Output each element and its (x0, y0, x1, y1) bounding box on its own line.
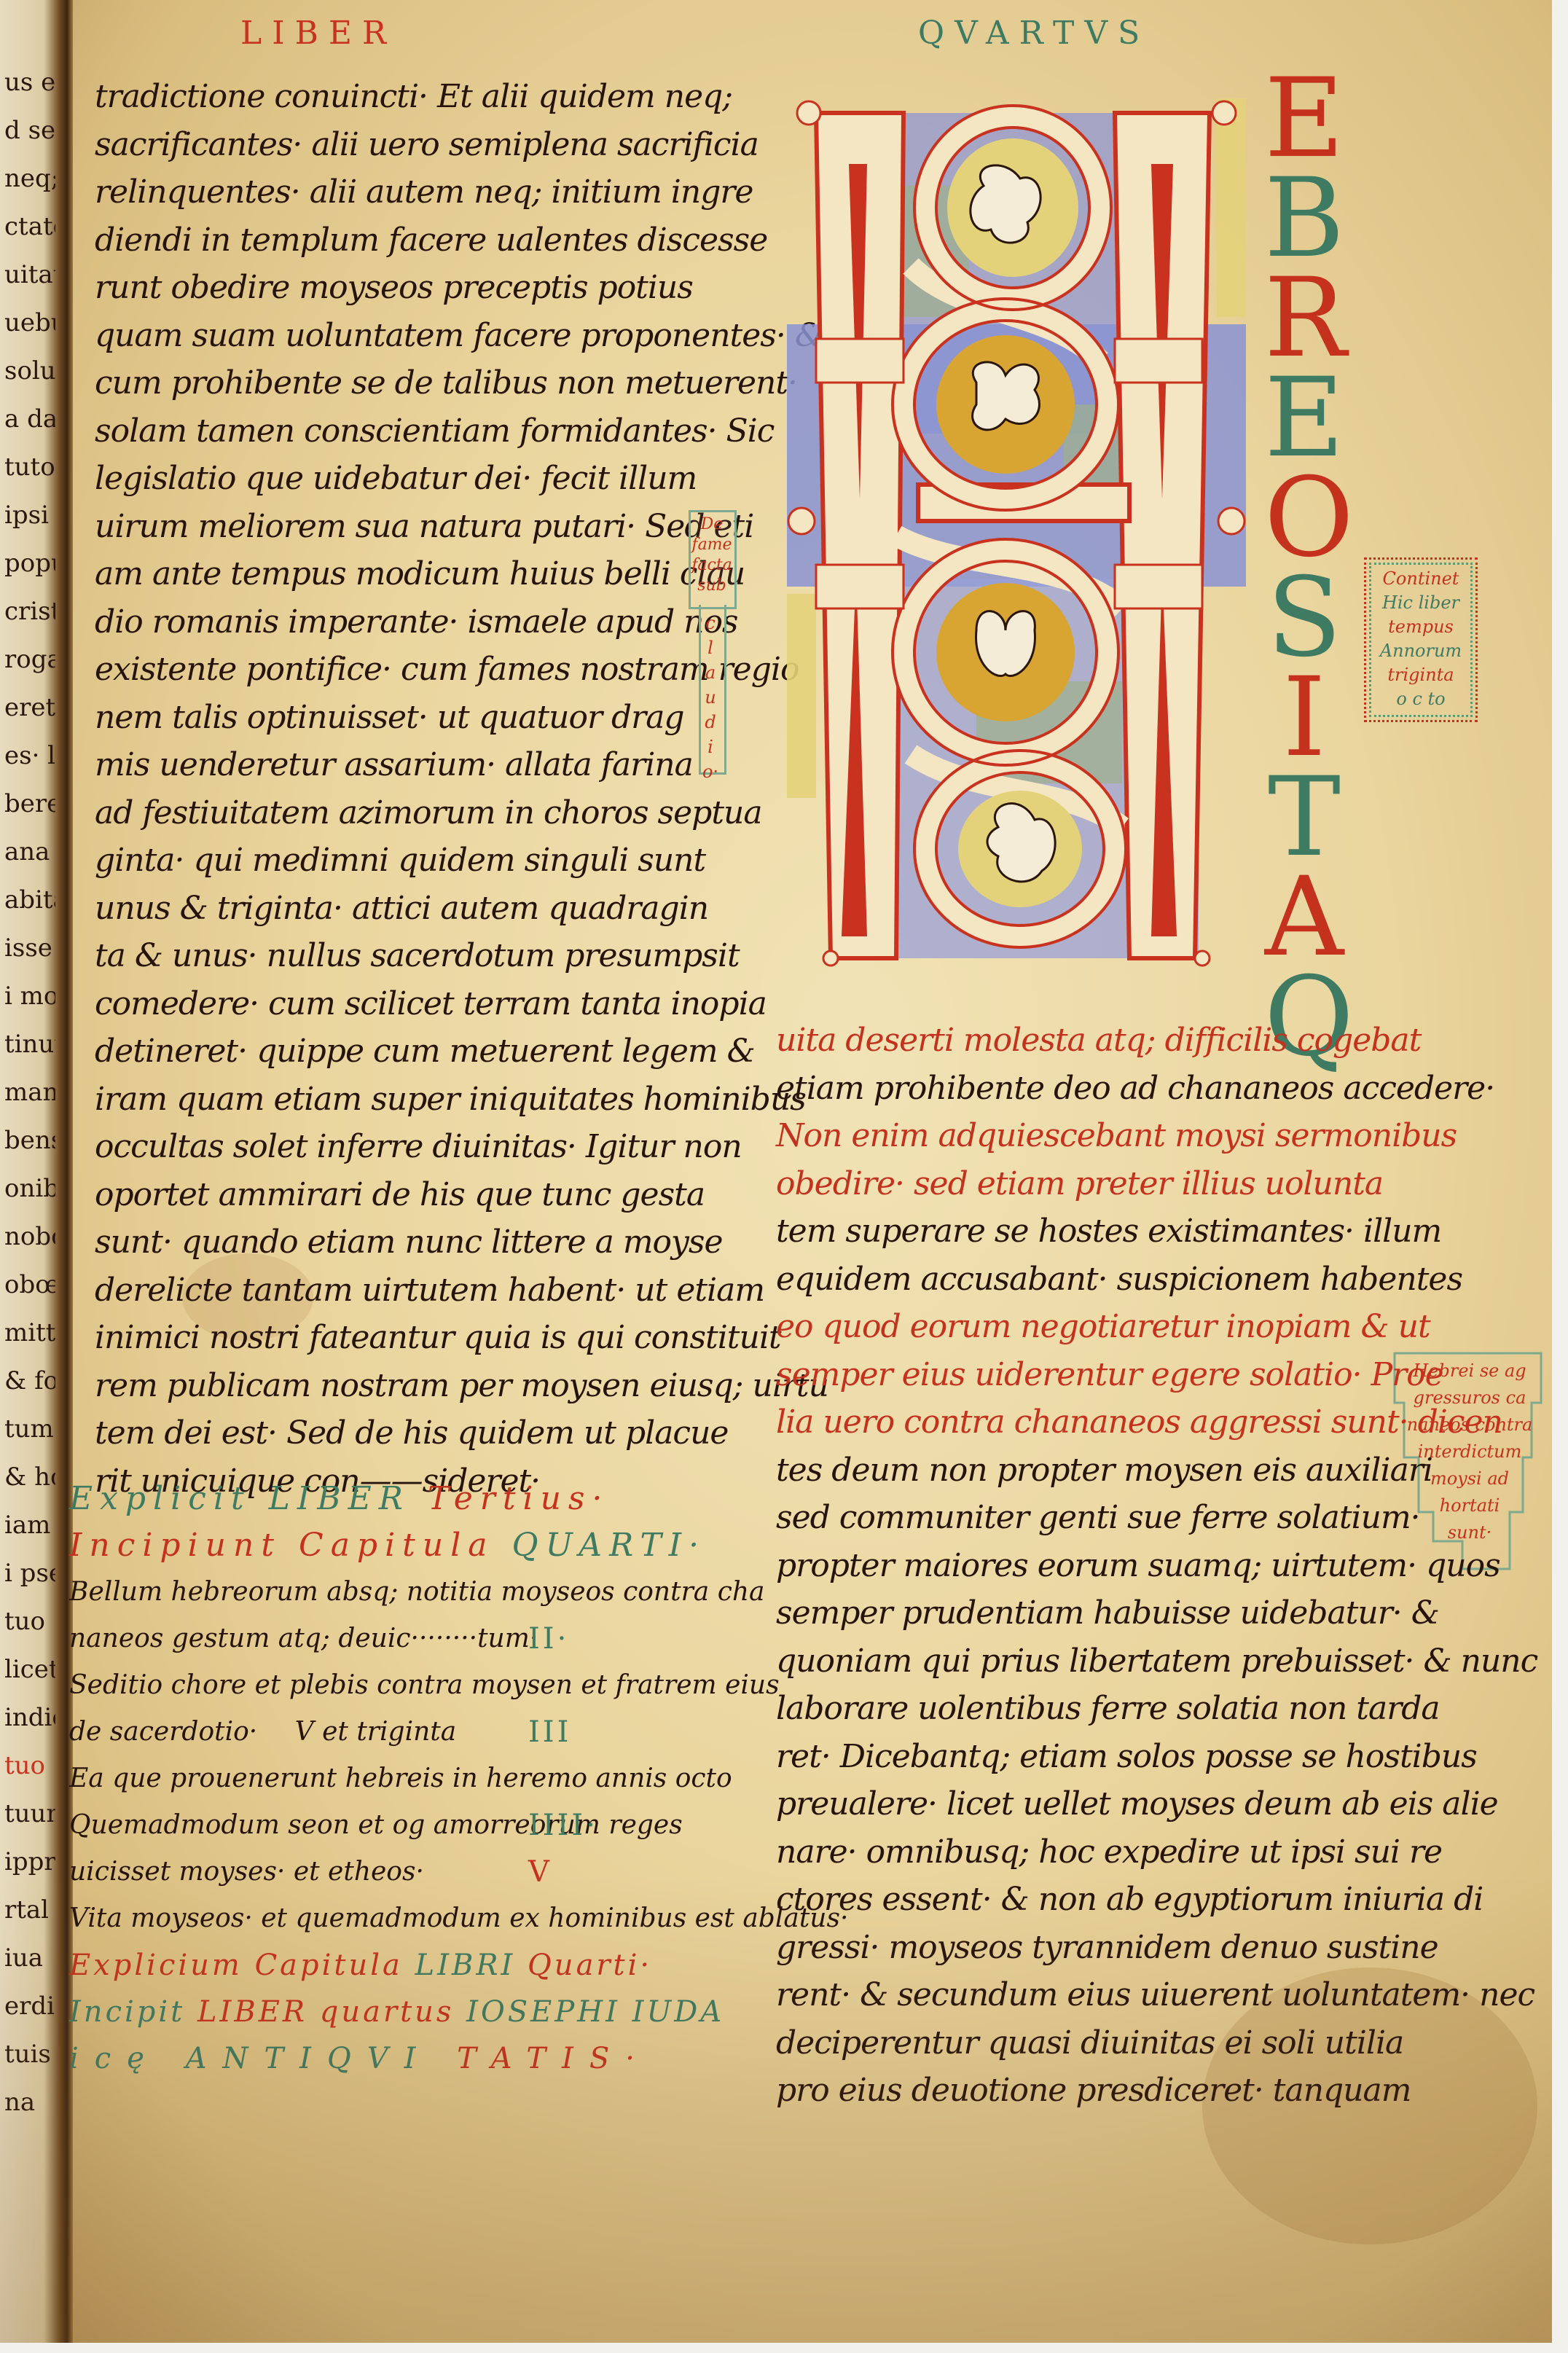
gutter-fragment: uebun (4, 299, 55, 347)
text-line: rent· & secundum eius uiuerent uoluntate… (776, 1971, 1410, 2019)
text-line: iram quam etiam super iniquitates homini… (95, 1076, 699, 1124)
text-line: ret· Dicebantq; etiam solos posse se hos… (776, 1733, 1410, 1781)
quarti-word: Quarti· (528, 1949, 652, 1982)
gutter-fragment: roga (4, 635, 55, 684)
note-word: fame (689, 535, 735, 555)
gutter-fragment: ctate (4, 203, 55, 251)
gutter-fragment: indicta (4, 1694, 55, 1742)
text-line: sunt· quando etiam nunc littere a moyse (95, 1218, 699, 1266)
iosephi-iuda-word: IOSEPHI IUDA (466, 1995, 724, 2029)
note-line: Continet (1366, 567, 1475, 591)
left-text-column: tradictione conuincti· Et alii quidem ne… (95, 73, 699, 1505)
chapter-text: de sacerdotio· (69, 1717, 257, 1747)
gutter-fragment: neq; u (4, 154, 55, 203)
text-line: uita deserti molesta atq; difficilis cog… (776, 1017, 1410, 1065)
chapter-entry: Seditio chore et plebis contra moysen et… (69, 1662, 696, 1709)
gutter-fragment: cristi (4, 587, 55, 635)
chapter-entry: Bellum hebreorum absq; notitia moyseos c… (69, 1569, 696, 1616)
text-line: sed communiter genti sue ferre solatium· (776, 1494, 1410, 1542)
gutter-fragment: tuum (4, 1790, 55, 1838)
incipiunt-word: Incipiunt (69, 1527, 281, 1564)
running-head-left: LIBER (240, 15, 396, 52)
chapter-number: IIII· (528, 1802, 598, 1849)
gutter-fragment: a dau (4, 395, 55, 443)
display-capitals-column: EBREOSITAQ (1264, 69, 1344, 1068)
text-line: ginta· qui medimni quidem singuli sunt (95, 837, 699, 885)
quartus-word: quartus (320, 1995, 455, 2029)
chapter-entry: Quemadmodum seon et og amorreorum regesI… (69, 1802, 696, 1849)
text-line: obedire· sed etiam preter illius uolunta (776, 1160, 1410, 1208)
text-line: nare· omnibusq; hoc expedire ut ipsi sui… (776, 1828, 1410, 1876)
gutter-fragment: uitat (4, 251, 55, 299)
note-letter: d (699, 710, 722, 735)
text-line: mis uenderetur assarium· allata farina (95, 741, 699, 789)
note-letter: a (699, 660, 722, 685)
gutter-fragment: rtal (4, 1886, 55, 1934)
gutter-fragment: & fo (4, 1357, 55, 1405)
note-line: Annorum (1366, 639, 1475, 663)
chapter-entry: Ea que prouenerunt hebreis in heremo ann… (69, 1755, 696, 1802)
text-line: equidem accusabant· suspicionem habentes (776, 1256, 1410, 1304)
note-stem-text: claudio· (699, 611, 722, 784)
text-line: preualere· licet uellet moyses deum ab e… (776, 1780, 1410, 1828)
chapter-entry: naneos gestum atq; deuic········tum·II· (69, 1616, 696, 1662)
gutter-fragment: mansu (4, 1068, 55, 1116)
margin-note-years: ContinetHic libertempusAnnorumtrigintao … (1364, 557, 1478, 722)
gutter-fragment: ana d (4, 828, 55, 876)
chapter-text: Seditio chore et plebis contra moysen et… (69, 1670, 780, 1700)
text-line: oportet ammirari de his que tunc gesta (95, 1171, 699, 1219)
gutter-fragment: iam nec (4, 1501, 55, 1549)
text-line: detineret· quippe cum metuerent legem & (95, 1027, 699, 1076)
gutter-fragment: eret d (4, 684, 55, 732)
text-line: pro eius deuotione presdiceret· tanquam (776, 2067, 1410, 2115)
note-letter: o· (699, 759, 722, 784)
note-line: sunt· (1400, 1519, 1539, 1546)
illuminated-initial-h (787, 98, 1246, 973)
chapter-entry: de sacerdotio· V et trigintaIII (69, 1709, 696, 1755)
gutter-fragment: obœdi (4, 1261, 55, 1309)
gutter-fragment: iua (4, 1934, 55, 1982)
text-line: sacrificantes· alii uero semiplena sacri… (95, 121, 699, 169)
gutter-fragment: abita (4, 876, 55, 924)
gutter-fragment: i psen (4, 1549, 55, 1597)
manuscript-page: us eorumd se pneq; uctateuitatuebunsolum… (0, 0, 1552, 2343)
display-capital: E (1264, 369, 1344, 469)
display-capital: I (1264, 668, 1344, 768)
note-line: hortati (1400, 1492, 1539, 1519)
gutter-fragment: tuo (4, 1742, 55, 1790)
display-capital: O (1264, 469, 1344, 568)
tertius-word: Tertius· (428, 1480, 610, 1517)
text-line: dio romanis imperante· ismaele apud nos (95, 598, 699, 646)
gutter-fragment: i moys (4, 972, 55, 1020)
chapter-number: V (528, 1849, 552, 1895)
tatis-word: TATIS· (457, 2042, 651, 2075)
gutter-fragment: mitta (4, 1309, 55, 1357)
antiqui-word: ANTIQVI (186, 2042, 432, 2075)
text-line: quoniam qui prius libertatem prebuisset·… (776, 1637, 1410, 1686)
chapter-number: III (528, 1709, 571, 1755)
gutter-fragment: & ho (4, 1453, 55, 1501)
gutter-fragment: isse (4, 924, 55, 972)
libri-word: LIBRI (415, 1949, 516, 1982)
chapter-entry: Vita moyseos· et quemadmodum ex hominibu… (69, 1895, 696, 1942)
chapter-extra: V et triginta (286, 1717, 456, 1747)
gutter-fragment: nobor (4, 1213, 55, 1261)
text-line: inimici nostri fateantur quia is qui con… (95, 1314, 699, 1362)
gutter-fragment: tutos (4, 443, 55, 491)
gutter-fragment: tuo (4, 1597, 55, 1645)
text-line: occultas solet inferre diuinitas· Igitur… (95, 1123, 699, 1171)
incipit-liber-rubric: Incipit LIBER quartus IOSEPHI IUDA (69, 1989, 696, 2035)
text-line: rem publicam nostram per moysen eiusq; u… (95, 1362, 699, 1410)
text-line: cum prohibente se de talibus non metuere… (95, 359, 699, 407)
chapter-text: uicisset moyses· et etheos· (69, 1857, 424, 1887)
chapter-text: Vita moyseos· et quemadmodum ex hominibu… (69, 1903, 848, 1933)
text-line: nem talis optinuisset· ut quatuor drag (95, 694, 699, 742)
gutter-fragment: popul (4, 539, 55, 587)
explicit-word: Explicit (69, 1480, 251, 1517)
gutter-fragment: us eorum (4, 58, 55, 106)
text-line: deciperentur quasi diuinitas ei soli uti… (776, 2019, 1410, 2067)
chapter-text: naneos gestum atq; deuic········tum· (69, 1624, 538, 1653)
note-word: De (689, 514, 735, 535)
text-line: relinquentes· alii autem neq; initium in… (95, 168, 699, 216)
note-letter: c (699, 611, 722, 635)
capitula-word: Capitula (255, 1949, 403, 1982)
running-head-right: QVARTVS (918, 15, 1150, 52)
explicit-rubric: Explicit LIBER Tertius· (69, 1476, 696, 1522)
incipit-word: Incipit (69, 1995, 185, 2029)
explicit-capitula-rubric: Explicium Capitula LIBRI Quarti· (69, 1942, 696, 1989)
text-line: etiam prohibente deo ad chananeos accede… (776, 1065, 1410, 1113)
display-capital: R (1264, 269, 1344, 369)
gutter-fragment: erdi (4, 1982, 55, 2030)
gutter-fragment: licet (4, 1645, 55, 1694)
quarti-word: QUARTI· (512, 1527, 707, 1564)
interlace-initial-icon (787, 98, 1246, 973)
gutter-fragment: solum (4, 347, 55, 395)
text-line: ctores essent· & non ab egyptiorum iniur… (776, 1876, 1410, 1924)
text-line: quam suam uoluntatem facere proponentes·… (95, 312, 699, 360)
text-line: tem superare se hostes existimantes· ill… (776, 1207, 1410, 1256)
text-line: legislatio que uidebatur dei· fecit illu… (95, 455, 699, 503)
text-line: tes deum non propter moysen eis auxiliar… (776, 1446, 1410, 1495)
text-line: unus & triginta· attici autem quadragin (95, 885, 699, 933)
note-line: tempus (1366, 615, 1475, 639)
chapter-text: Ea que prouenerunt hebreis in heremo ann… (69, 1763, 732, 1793)
text-line: tem dei est· Sed de his quidem ut placue (95, 1409, 699, 1457)
gutter-fragment: onibu (4, 1164, 55, 1213)
note-line: o c to (1366, 687, 1475, 711)
explicium-word: Explicium (69, 1949, 243, 1982)
gutter-fragment: tum sibi (4, 1405, 55, 1453)
text-line: eo quod eorum negotiaretur inopiam & ut (776, 1303, 1410, 1351)
text-line: solam tamen conscientiam formidantes· Si… (95, 407, 699, 455)
gutter-fragment: es· lu (4, 732, 55, 780)
note-letter: u (699, 685, 722, 710)
text-line: ad festiuitatem azimorum in choros septu… (95, 789, 699, 837)
chapter-entries: Bellum hebreorum absq; notitia moyseos c… (69, 1569, 696, 1942)
liber-word: LIBER (197, 1995, 307, 2029)
display-capital: A (1264, 868, 1344, 968)
capitula-word: Capitula (299, 1527, 494, 1564)
gutter-fragment: ippri (4, 1838, 55, 1886)
text-line: Non enim adquiescebant moysi sermonibus (776, 1112, 1410, 1160)
note-head-text: Defamefactasub (689, 514, 735, 596)
text-line: lia uero contra chananeos aggressi sunt·… (776, 1398, 1410, 1446)
text-line: existente pontifice· cum fames nostram r… (95, 646, 699, 694)
note-letter: i (699, 735, 722, 759)
right-text-column: uita deserti molesta atq; difficilis cog… (776, 1017, 1410, 2115)
note-line: Hic liber (1366, 591, 1475, 615)
text-line: semper eius uiderentur egere solatio· Pr… (776, 1351, 1410, 1399)
chapter-entry: uicisset moyses· et etheos·V (69, 1849, 696, 1895)
text-line: gressi· moyseos tyrannidem denuo sustine (776, 1924, 1410, 1972)
display-capital: B (1264, 169, 1344, 269)
incipit-rubric: Incipiunt Capitula QUARTI· (69, 1522, 696, 1569)
gutter-fragment: bere d (4, 780, 55, 828)
text-line: laborare uolentibus ferre solatia non ta… (776, 1685, 1410, 1733)
text-line: derelicte tantam uirtutem habent· ut eti… (95, 1266, 699, 1315)
note-word: facta (689, 555, 735, 576)
facing-page-gutter: us eorumd se pneq; uctateuitatuebunsolum… (0, 0, 73, 2343)
display-capital: S (1264, 568, 1344, 668)
gutter-fragment: tinuu (4, 1020, 55, 1068)
text-line: tradictione conuincti· Et alii quidem ne… (95, 73, 699, 121)
display-capital: T (1264, 768, 1344, 868)
gutter-fragment: ipsi u (4, 491, 55, 539)
gutter-fragment: na (4, 2078, 55, 2126)
chapter-number: II· (528, 1616, 569, 1662)
ice-word: icę (69, 2042, 160, 2075)
chapter-text: Bellum hebreorum absq; notitia moyseos c… (69, 1577, 765, 1607)
text-line: propter maiores eorum suamq; uirtutem· q… (776, 1542, 1410, 1590)
text-line: ta & unus· nullus sacerdotum presumpsit (95, 932, 699, 980)
note-letter: l (699, 635, 722, 660)
text-line: uirum meliorem sua natura putari· Sed et… (95, 503, 699, 551)
chapter-list: Explicit LIBER Tertius· Incipiunt Capitu… (69, 1476, 696, 2082)
liber-word: LIBER (269, 1480, 410, 1517)
antiquitatis-rubric: icę ANTIQVI TATIS· (69, 2035, 696, 2082)
text-line: am ante tempus modicum huius belli clau (95, 550, 699, 598)
gutter-text-fragments: us eorumd se pneq; uctateuitatuebunsolum… (4, 58, 55, 2126)
note-line: triginta (1366, 663, 1475, 687)
text-line: semper prudentiam habuisse uidebatur· & (776, 1589, 1410, 1637)
gutter-fragment: bens e (4, 1116, 55, 1164)
text-line: diendi in templum facere ualentes disces… (95, 216, 699, 265)
note-word: sub (689, 576, 735, 596)
text-line: runt obedire moyseos preceptis potius (95, 264, 699, 312)
text-line: comedere· cum scilicet terram tanta inop… (95, 980, 699, 1028)
display-capital: E (1264, 69, 1344, 169)
gutter-fragment: d se p (4, 106, 55, 154)
gutter-fragment: tuis (4, 2030, 55, 2078)
